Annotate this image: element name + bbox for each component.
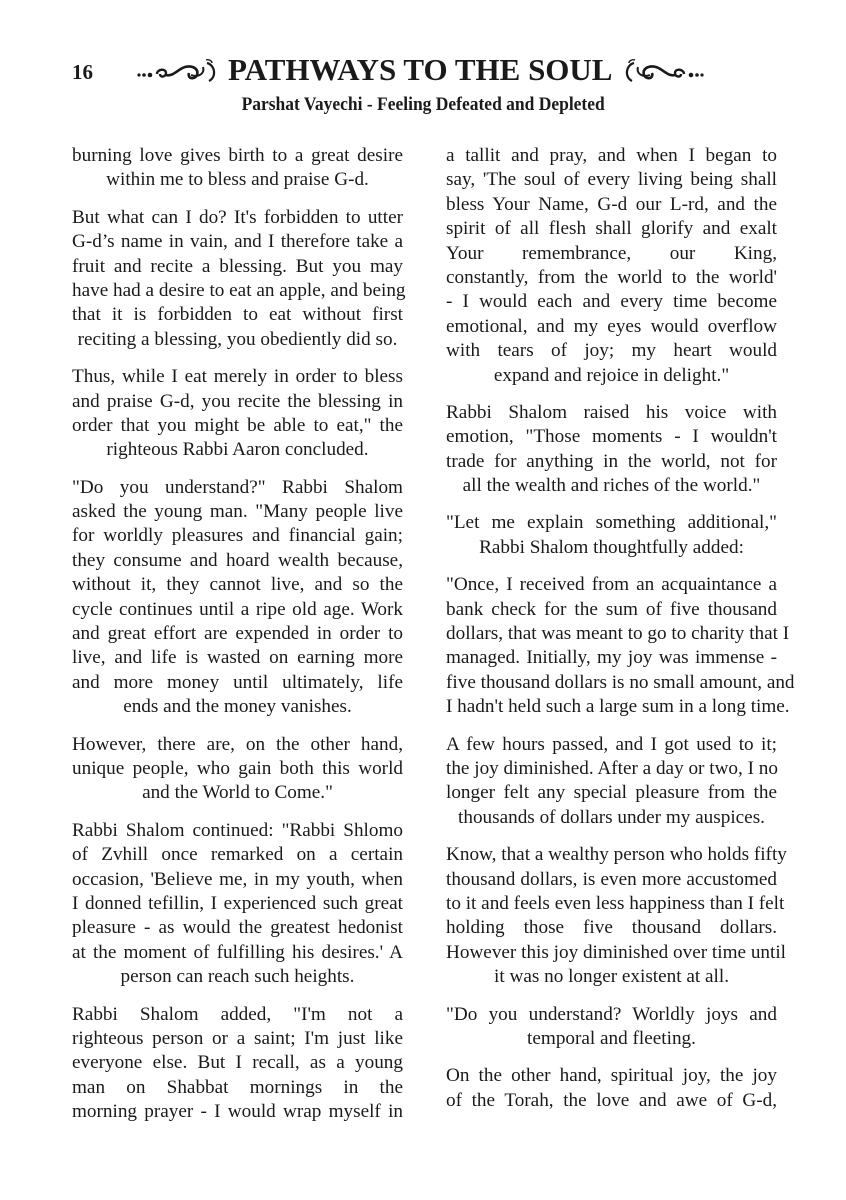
text-line: temporal and fleeting.: [446, 1027, 777, 1051]
paragraph: A few hours passed, and I got used to it…: [446, 733, 777, 831]
paragraph: However, there are, on the other hand, u…: [72, 733, 403, 806]
text-line: occasion, 'Believe me, in my youth, when: [72, 868, 403, 892]
text-line: a tallit and pray, and when I began to: [446, 144, 777, 168]
text-line: burning love gives birth to a great desi…: [72, 144, 403, 168]
text-line: A few hours passed, and I got used to it…: [446, 733, 777, 757]
text-line: fruit and recite a blessing. But you may: [72, 255, 403, 279]
text-line: emotion, "Those moments - I wouldn't: [446, 425, 777, 449]
text-line: and praise G-d, you recite the blessing …: [72, 390, 403, 414]
paragraph: "Let me explain something additional," R…: [446, 511, 777, 560]
text-line: I hadn't held such a large sum in a long…: [446, 695, 777, 719]
text-line: - I would each and every time become: [446, 290, 777, 314]
text-line: and great effort are expended in order t…: [72, 622, 403, 646]
text-line: person can reach such heights.: [72, 965, 403, 989]
text-line: man on Shabbat mornings in the: [72, 1076, 403, 1100]
text-line: expand and rejoice in delight.": [446, 364, 777, 388]
book-title: PATHWAYS TO THE SOUL: [228, 52, 613, 88]
text-line: the joy diminished. After a day or two, …: [446, 757, 777, 781]
text-line: of Zvhill once remarked on a certain: [72, 843, 403, 867]
text-line: holding those five thousand dollars.: [446, 916, 777, 940]
scroll-flourish-right-icon: [616, 55, 708, 85]
text-line: reciting a blessing, you obediently did …: [72, 328, 403, 352]
paragraph: Rabbi Shalom raised his voice with emoti…: [446, 401, 777, 499]
paragraph: a tallit and pray, and when I began to s…: [446, 144, 777, 388]
paragraph: Thus, while I eat merely in order to ble…: [72, 365, 403, 463]
text-line: Rabbi Shalom continued: "Rabbi Shlomo: [72, 819, 403, 843]
text-line: Rabbi Shalom added, "I'm not a: [72, 1003, 403, 1027]
text-line: spirit of all flesh shall glorify and ex…: [446, 217, 777, 241]
text-line: constantly, from the world to the world': [446, 266, 777, 290]
text-line: live, and life is wasted on earning more: [72, 646, 403, 670]
text-line: have had a desire to eat an apple, and b…: [72, 279, 403, 303]
text-line: within me to bless and praise G-d.: [72, 168, 403, 192]
text-line: However, there are, on the other hand,: [72, 733, 403, 757]
running-header: PATHWAYS TO THE SOUL: [133, 52, 733, 88]
text-line: Thus, while I eat merely in order to ble…: [72, 365, 403, 389]
text-line: dollars, that was meant to go to charity…: [446, 622, 777, 646]
text-line: and the World to Come.": [72, 781, 403, 805]
text-line: it was no longer existent at all.: [446, 965, 777, 989]
paragraph: "Do you understand?" Rabbi Shalom asked …: [72, 476, 403, 720]
text-line: "Once, I received from an acquaintance a: [446, 573, 777, 597]
text-line: five thousand dollars is no small amount…: [446, 671, 777, 695]
scroll-flourish-left-icon: [133, 55, 225, 85]
page-number: 16: [72, 60, 93, 85]
text-line: at the moment of fulfilling his desires.…: [72, 941, 403, 965]
text-line: On the other hand, spiritual joy, the jo…: [446, 1064, 777, 1088]
text-line: managed. Initially, my joy was immense -: [446, 646, 777, 670]
text-line: morning prayer - I would wrap myself in: [72, 1100, 403, 1124]
text-line: Rabbi Shalom raised his voice with: [446, 401, 777, 425]
paragraph: But what can I do? It's forbidden to utt…: [72, 206, 403, 352]
text-line: "Do you understand?" Rabbi Shalom: [72, 476, 403, 500]
right-column: a tallit and pray, and when I began to s…: [446, 144, 777, 1126]
text-line: bank check for the sum of five thousand: [446, 598, 777, 622]
paragraph: Know, that a wealthy person who holds fi…: [446, 843, 777, 989]
paragraph: On the other hand, spiritual joy, the jo…: [446, 1064, 777, 1113]
text-line: with tears of joy; my heart would: [446, 339, 777, 363]
paragraph: "Do you understand? Worldly joys and tem…: [446, 1003, 777, 1052]
text-line: for worldly pleasures and financial gain…: [72, 524, 403, 548]
text-line: of the Torah, the love and awe of G-d,: [446, 1089, 777, 1113]
text-line: thousands of dollars under my auspices.: [446, 806, 777, 830]
text-line: order that you might be able to eat," th…: [72, 414, 403, 438]
text-line: ends and the money vanishes.: [72, 695, 403, 719]
text-line: bless Your Name, G-d our L-rd, and the: [446, 193, 777, 217]
text-line: without it, they cannot live, and so the: [72, 573, 403, 597]
text-line: "Do you understand? Worldly joys and: [446, 1003, 777, 1027]
text-line: Your remembrance, our King,: [446, 242, 777, 266]
text-line: "Let me explain something additional,": [446, 511, 777, 535]
text-line: that it is forbidden to eat without firs…: [72, 303, 403, 327]
text-line: Know, that a wealthy person who holds fi…: [446, 843, 777, 867]
text-line: all the wealth and riches of the world.": [446, 474, 777, 498]
paragraph: Rabbi Shalom continued: "Rabbi Shlomo of…: [72, 819, 403, 990]
text-line: emotional, and my eyes would overflow: [446, 315, 777, 339]
text-line: G-d’s name in vain, and I therefore take…: [72, 230, 403, 254]
text-line: unique people, who gain both this world: [72, 757, 403, 781]
text-line: and more money until ultimately, life: [72, 671, 403, 695]
text-line: pleasure - as would the greatest hedonis…: [72, 916, 403, 940]
text-line: say, 'The soul of every living being sha…: [446, 168, 777, 192]
left-column: burning love gives birth to a great desi…: [72, 144, 403, 1137]
text-line: Rabbi Shalom thoughtfully added:: [446, 536, 777, 560]
paragraph: Rabbi Shalom added, "I'm not a righteous…: [72, 1003, 403, 1125]
paragraph: "Once, I received from an acquaintance a…: [446, 573, 777, 719]
text-line: longer felt any special pleasure from th…: [446, 781, 777, 805]
text-line: But what can I do? It's forbidden to utt…: [72, 206, 403, 230]
text-line: righteous person or a saint; I'm just li…: [72, 1027, 403, 1051]
text-line: they consume and hoard wealth because,: [72, 549, 403, 573]
text-line: thousand dollars, is even more accustome…: [446, 868, 777, 892]
chapter-subtitle: Parshat Vayechi - Feeling Defeated and D…: [34, 94, 812, 116]
text-line: asked the young man. "Many people live: [72, 500, 403, 524]
text-line: However this joy diminished over time un…: [446, 941, 777, 965]
text-line: to it and feels even less happiness than…: [446, 892, 777, 916]
text-line: cycle continues until a ripe old age. Wo…: [72, 598, 403, 622]
text-line: everyone else. But I recall, as a young: [72, 1051, 403, 1075]
text-line: righteous Rabbi Aaron concluded.: [72, 438, 403, 462]
paragraph: burning love gives birth to a great desi…: [72, 144, 403, 193]
text-line: trade for anything in the world, not for: [446, 450, 777, 474]
text-line: I donned tefillin, I experienced such gr…: [72, 892, 403, 916]
